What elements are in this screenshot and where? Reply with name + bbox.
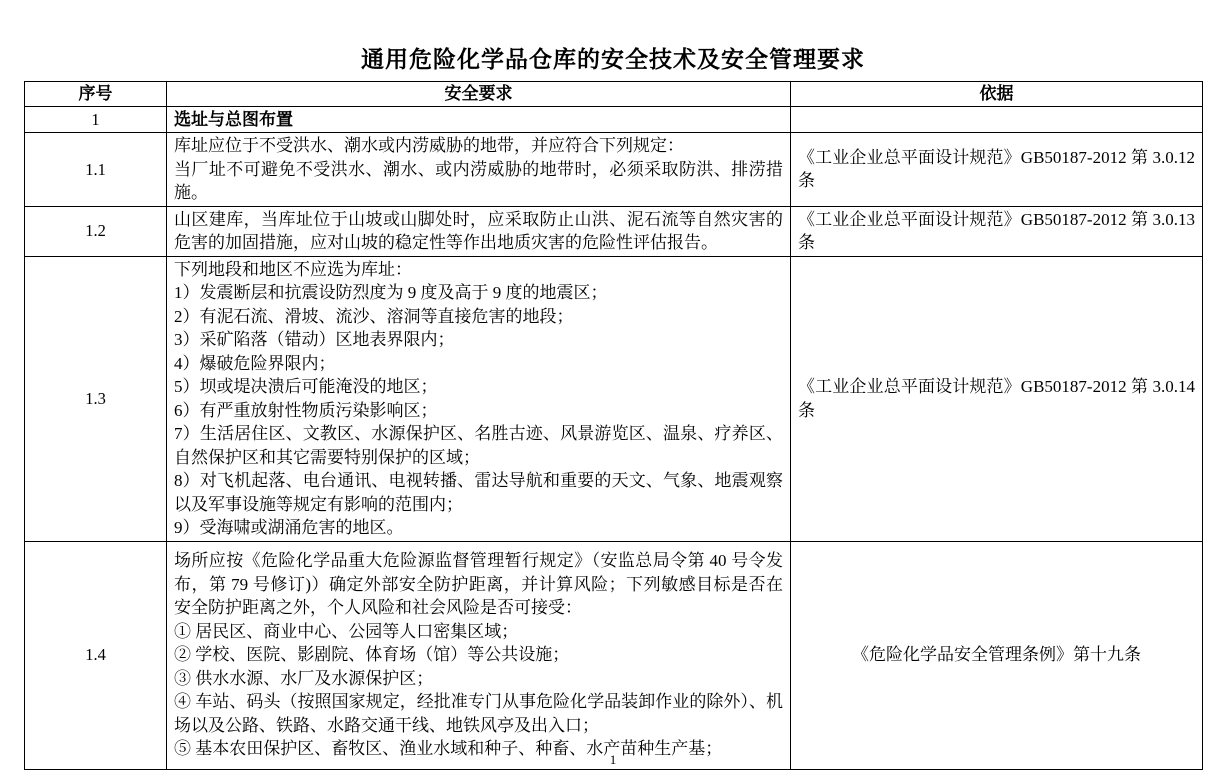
table-row-1-3: 1.3 下列地段和地区不应选为库址： 1）发震断层和抗震设防烈度为 9 度及高于…: [25, 256, 1203, 541]
row-number-cell: 1.3: [25, 256, 167, 541]
requirement-cell: 山区建库，当库址位于山坡或山脚处时，应采取防止山洪、泥石流等自然灾害的危害的加固…: [167, 206, 791, 256]
header-row: 序号 安全要求 依据: [25, 82, 1203, 107]
page-number: 1: [0, 752, 1226, 768]
row-number-cell: 1.2: [25, 206, 167, 256]
page-title: 通用危险化学品仓库的安全技术及安全管理要求: [0, 0, 1226, 81]
basis-cell: 《工业企业总平面设计规范》GB50187-2012 第 3.0.14 条: [791, 256, 1203, 541]
basis-cell: 《工业企业总平面设计规范》GB50187-2012 第 3.0.13 条: [791, 206, 1203, 256]
table-row-section-1: 1 选址与总图布置: [25, 106, 1203, 133]
table-row-1-1: 1.1 库址应位于不受洪水、潮水或内涝威胁的地带，并应符合下列规定： 当厂址不可…: [25, 133, 1203, 207]
table-row-1-4: 1.4 场所应按《危险化学品重大危险源监督管理暂行规定》（安监总局令第 40 号…: [25, 541, 1203, 769]
column-header-serial: 序号: [25, 82, 167, 107]
basis-cell: [791, 106, 1203, 133]
requirements-table: 序号 安全要求 依据 1 选址与总图布置 1.1 库址应位于不受洪水、潮水或内涝…: [24, 81, 1203, 770]
column-header-requirement: 安全要求: [167, 82, 791, 107]
requirement-cell: 场所应按《危险化学品重大危险源监督管理暂行规定》（安监总局令第 40 号令发布，…: [167, 541, 791, 769]
document-page: 通用危险化学品仓库的安全技术及安全管理要求 序号 安全要求 依据 1 选址与总图…: [0, 0, 1226, 784]
row-number-cell: 1: [25, 106, 167, 133]
requirement-cell: 下列地段和地区不应选为库址： 1）发震断层和抗震设防烈度为 9 度及高于 9 度…: [167, 256, 791, 541]
basis-cell: 《危险化学品安全管理条例》第十九条: [791, 541, 1203, 769]
row-number-cell: 1.4: [25, 541, 167, 769]
requirement-cell: 选址与总图布置: [167, 106, 791, 133]
row-number-cell: 1.1: [25, 133, 167, 207]
requirement-cell: 库址应位于不受洪水、潮水或内涝威胁的地带，并应符合下列规定： 当厂址不可避免不受…: [167, 133, 791, 207]
basis-cell: 《工业企业总平面设计规范》GB50187-2012 第 3.0.12 条: [791, 133, 1203, 207]
table-row-1-2: 1.2 山区建库，当库址位于山坡或山脚处时，应采取防止山洪、泥石流等自然灾害的危…: [25, 206, 1203, 256]
column-header-basis: 依据: [791, 82, 1203, 107]
